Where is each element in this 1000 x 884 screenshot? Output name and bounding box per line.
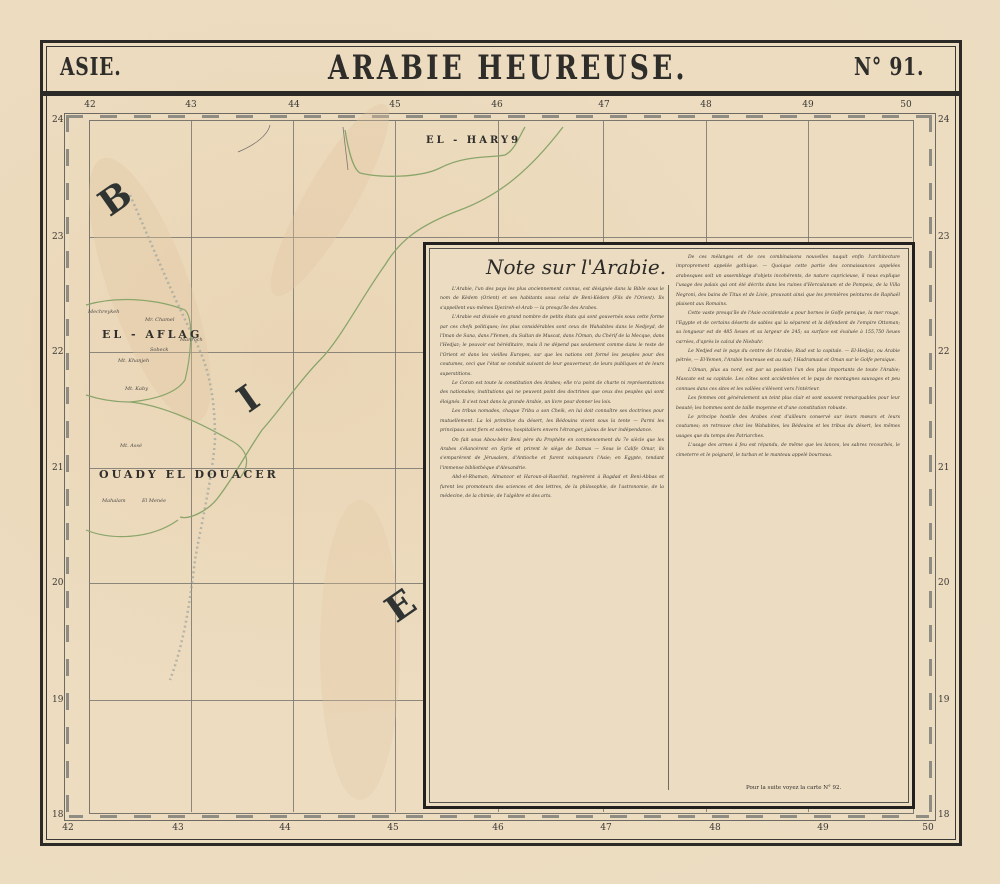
place-label: Mt. Assé — [120, 443, 142, 449]
map-sheet: ASIE. ARABIE HEUREUSE. N° 91. 42 43 44 4… — [0, 0, 1000, 884]
stream — [238, 125, 270, 152]
place-label: Mahalam — [102, 498, 126, 504]
note-paragraph: Les femmes ont généralement un teint plu… — [676, 394, 900, 413]
note-paragraph: Abd-el-Rhaman, Almanzor et Haroun-al-Ras… — [440, 473, 664, 501]
note-paragraph: L'Arabie est divisée en grand nombre de … — [440, 313, 664, 379]
note-paragraph: Cette vaste presqu'île de l'Asie occiden… — [676, 309, 900, 347]
note-title: Note sur l'Arabie. — [486, 255, 666, 279]
note-column-left: L'Arabie, l'un des pays les plus ancienn… — [440, 285, 664, 790]
note-column-right: De ces mélanges et de ces combinaisons n… — [676, 253, 900, 788]
note-paragraph: De ces mélanges et de ces combinaisons n… — [676, 253, 900, 309]
place-label: Mechreykeh — [88, 309, 119, 315]
note-paragraph: Le principe hostile des Arabes s'est d'a… — [676, 413, 900, 441]
note-paragraph: Les tribus nomades, chaque Tribu a son C… — [440, 407, 664, 435]
place-label: Mt. Khanjeh — [118, 358, 149, 364]
note-paragraph: L'Arabie, l'un des pays les plus ancienn… — [440, 285, 664, 313]
note-footer: Pour la suite voyez la carte N° 92. — [746, 785, 841, 791]
note-paragraph: L'usage des armes à feu est répandu, de … — [676, 441, 900, 460]
note-paragraph: L'Oman, plus au nord, est par sa positio… — [676, 366, 900, 394]
place-label: Mt. Kaby — [125, 386, 148, 392]
stain — [320, 500, 400, 800]
place-label: Sobeck — [150, 347, 168, 353]
place-label: El Menée — [142, 498, 166, 504]
place-label: Mr. Chamel — [145, 317, 174, 323]
place-label: Manroch — [180, 337, 203, 343]
region-label-ouady-el-douacer: OUADY EL DOUACER — [99, 468, 279, 481]
region-label-el-hary: EL - HARY9 — [426, 135, 521, 146]
note-paragraph: On fait sous Abou-bekr Beni père du Prop… — [440, 436, 664, 474]
note-panel: Note sur l'Arabie. L'Arabie, l'un des pa… — [423, 242, 915, 809]
note-paragraph: Le Coran est toute la constitution des A… — [440, 379, 664, 407]
column-divider — [668, 285, 669, 790]
stain — [65, 145, 236, 435]
stain — [253, 92, 406, 308]
douacer-boundary-south — [86, 520, 178, 537]
note-paragraph: Le Nedjed est le pays du centre de l'Ara… — [676, 347, 900, 366]
